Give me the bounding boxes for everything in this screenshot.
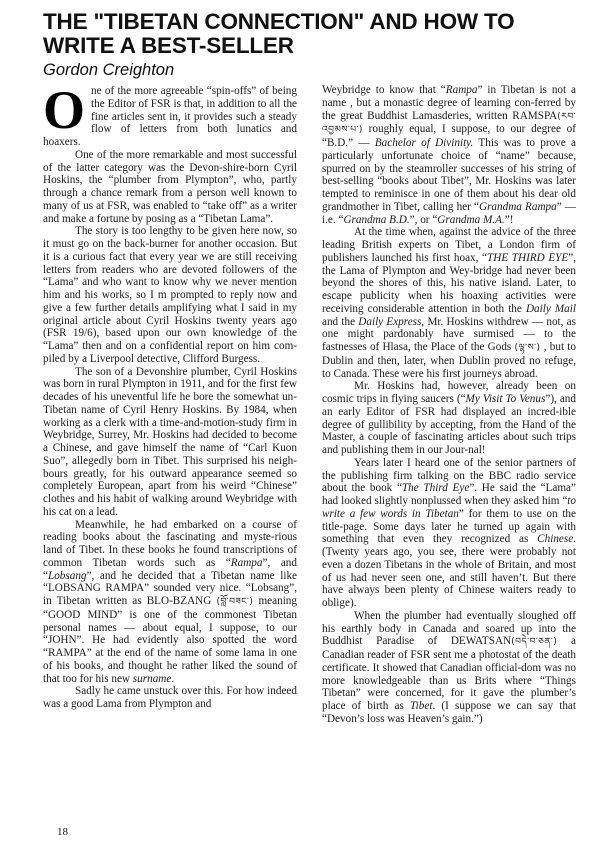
paragraph: Years later I heard one of the senior pa…: [322, 457, 576, 610]
paragraph: The son of a Devonshire plumber, Cyril H…: [43, 366, 297, 519]
article-title: THE "TIBETAN CONNECTION" AND HOW TO WRIT…: [43, 10, 583, 58]
paragraph: The story is too lengthy to be given her…: [43, 225, 297, 365]
tibetan-script: (ལྷ་ས་): [515, 343, 541, 353]
article-author: Gordon Creighton: [43, 60, 174, 80]
paragraph: At the time when, against the advice of …: [322, 226, 576, 380]
tibetan-script: (བདེ་བ་ཅན་): [511, 637, 557, 647]
tibetan-script: (བློ་བཟང་): [216, 597, 253, 607]
paragraph: One of the more remarkable and most succ…: [43, 149, 297, 226]
paragraph: Mr. Hoskins had, however, already been o…: [322, 380, 576, 457]
page-number: 18: [57, 826, 68, 838]
paragraph: When the plumber had eventually sloughed…: [322, 610, 576, 726]
drop-cap: O: [43, 88, 85, 130]
paragraph: Weybridge to know that “Rampa” in Tibeta…: [322, 84, 576, 226]
paragraph-intro: One of the more agreeable “spin-offs” of…: [43, 85, 297, 149]
left-column: One of the more agreeable “spin-offs” of…: [43, 85, 297, 711]
paragraph: Meanwhile, he had embarked on a course o…: [43, 519, 297, 686]
right-column: Weybridge to know that “Rampa” in Tibeta…: [322, 84, 576, 726]
paragraph: Sadly he came unstuck over this. For how…: [43, 685, 297, 711]
